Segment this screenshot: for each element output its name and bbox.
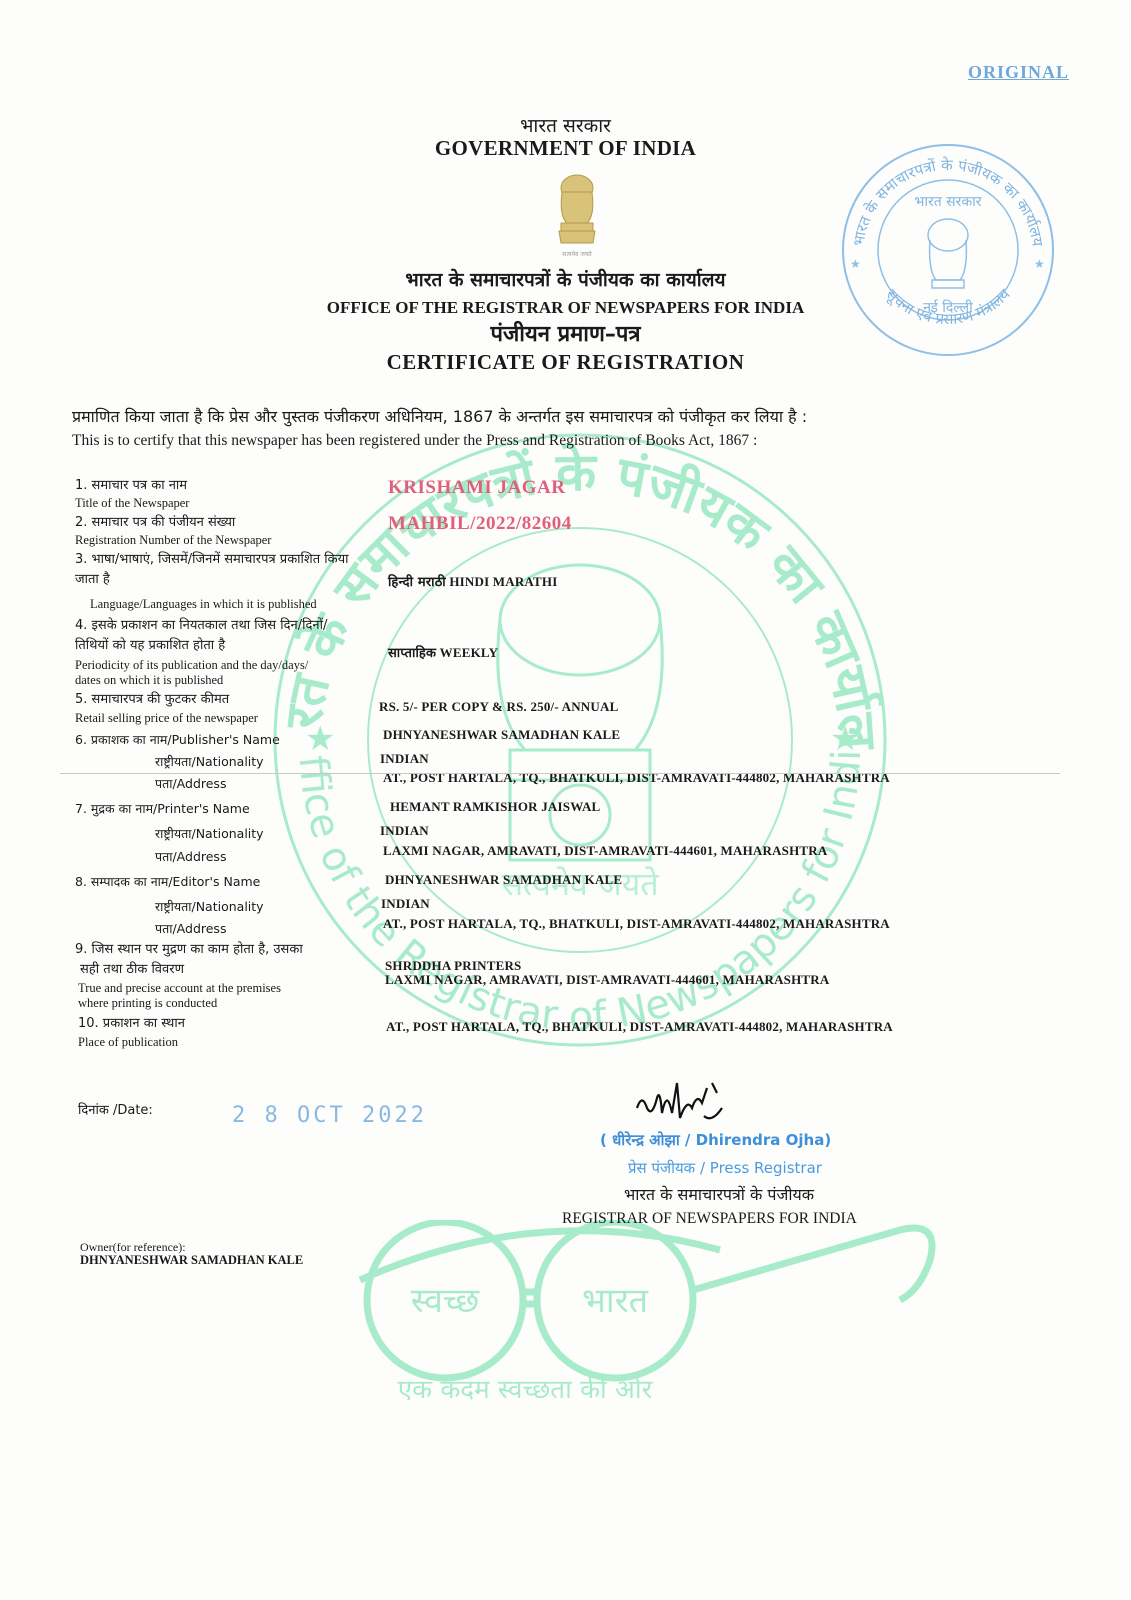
place-of-publication-value: AT., POST HARTALA, TQ., BHATKULI, DIST-A… xyxy=(386,1019,893,1035)
original-stamp: ORIGINAL xyxy=(968,62,1069,83)
office-title: OFFICE OF THE REGISTRAR OF NEWSPAPERS FO… xyxy=(0,298,1131,318)
gov-title: GOVERNMENT OF INDIA xyxy=(0,136,1131,161)
publisher-name-value: DHNYANESHWAR SAMADHAN KALE xyxy=(383,727,620,743)
label-premises-1: True and precise account at the premises xyxy=(78,981,281,996)
printer-name-value: HEMANT RAMKISHOR JAISWAL xyxy=(390,799,600,815)
label-editor-nationality: राष्ट्रीयता/Nationality xyxy=(155,899,264,914)
owner-value: DHNYANESHWAR SAMADHAN KALE xyxy=(80,1253,303,1268)
label-editor: 8. सम्पादक का नाम/Editor's Name xyxy=(75,874,260,889)
label-printer-nationality: राष्ट्रीयता/Nationality xyxy=(155,826,264,841)
periodicity-value-hindi: साप्ताहिक xyxy=(388,646,436,661)
publisher-nationality-value: INDIAN xyxy=(380,751,429,767)
newspaper-title: KRISHAMI JAGAR xyxy=(388,477,565,499)
label-periodicity-hindi-1: 4. इसके प्रकाशन का नियतकाल तथा जिस दिन/द… xyxy=(75,618,327,633)
language-value: HINDI MARATHI xyxy=(449,574,557,589)
label-regno-hindi: 2. समाचार पत्र की पंजीयन संख्या xyxy=(75,515,235,530)
date-label: दिनांक /Date: xyxy=(78,1103,153,1118)
label-language: Language/Languages in which it is publis… xyxy=(90,597,317,612)
label-title: Title of the Newspaper xyxy=(75,496,189,511)
date-stamp: 2 8 OCT 2022 xyxy=(232,1103,427,1128)
registration-number: MAHBIL/2022/82604 xyxy=(388,513,572,535)
national-emblem-icon: सत्यमेव जयते xyxy=(547,168,607,260)
editor-nationality-value: INDIAN xyxy=(381,896,430,912)
svg-text:★: ★ xyxy=(305,721,335,758)
svg-text:★: ★ xyxy=(830,721,860,758)
label-language-hindi-1: 3. भाषा/भाषाएं, जिसमें/जिनमें समाचारपत्र… xyxy=(75,552,349,567)
intro-english: This is to certify that this newspaper h… xyxy=(72,432,757,450)
certificate-title: CERTIFICATE OF REGISTRATION xyxy=(0,350,1131,375)
label-premises-hindi-1: 9. जिस स्थान पर मुद्रण का काम होता है, उ… xyxy=(75,942,303,957)
label-periodicity-2: dates on which it is published xyxy=(75,673,223,688)
periodicity-value: WEEKLY xyxy=(440,645,499,660)
label-periodicity-1: Periodicity of its publication and the d… xyxy=(75,658,308,673)
label-premises-hindi-2: सही तथा ठीक विवरण xyxy=(80,962,184,977)
printer-address-value: LAXMI NAGAR, AMRAVATI, DIST-AMRAVATI-444… xyxy=(383,843,827,859)
label-title-hindi: 1. समाचार पत्र का नाम xyxy=(75,478,187,493)
label-publisher-address: पता/Address xyxy=(155,776,226,791)
signatory-name: ( धीरेन्द्र ओझा / Dhirendra Ojha) xyxy=(600,1130,831,1150)
signatory-title: प्रेस पंजीयक / Press Registrar xyxy=(628,1158,822,1178)
signature-icon xyxy=(632,1078,742,1128)
svg-text:भारत सरकार: भारत सरकार xyxy=(915,194,982,210)
fold-crease xyxy=(60,773,1060,774)
price-value: RS. 5/- PER COPY & RS. 250/- ANNUAL xyxy=(379,699,618,715)
label-price-hindi: 5. समाचारपत्र की फुटकर कीमत xyxy=(75,692,229,707)
label-publisher: 6. प्रकाशक का नाम/Publisher's Name xyxy=(75,732,280,747)
printing-press-address: LAXMI NAGAR, AMRAVATI, DIST-AMRAVATI-444… xyxy=(385,972,829,988)
label-periodicity-hindi-2: तिथियों को यह प्रकाशित होता है xyxy=(75,638,225,653)
swachh-bharat-logo: स्वच्छ भारत एक कदम स्वच्छता की ओर xyxy=(340,1220,940,1420)
label-editor-address: पता/Address xyxy=(155,921,226,936)
label-printer-address: पता/Address xyxy=(155,849,226,864)
label-place-hindi: 10. प्रकाशन का स्थान xyxy=(78,1016,185,1031)
label-premises-2: where printing is conducted xyxy=(78,996,217,1011)
svg-text:स्वच्छ: स्वच्छ xyxy=(411,1281,480,1321)
svg-text:भारत: भारत xyxy=(582,1281,649,1321)
intro-hindi: प्रमाणित किया जाता है कि प्रेस और पुस्तक… xyxy=(72,405,807,427)
label-price: Retail selling price of the newspaper xyxy=(75,711,258,726)
label-language-hindi-2: जाता है xyxy=(75,572,110,587)
label-regno: Registration Number of the Newspaper xyxy=(75,533,271,548)
office-title-hindi: भारत के समाचारपत्रों के पंजीयक का कार्या… xyxy=(0,266,1131,292)
signatory-office-hindi: भारत के समाचारपत्रों के पंजीयक xyxy=(624,1183,814,1205)
editor-name-value: DHNYANESHWAR SAMADHAN KALE xyxy=(385,872,622,888)
language-value-hindi: हिन्दी मराठी xyxy=(388,575,446,590)
printer-nationality-value: INDIAN xyxy=(380,823,429,839)
svg-text:एक कदम स्वच्छता की ओर: एक कदम स्वच्छता की ओर xyxy=(398,1374,654,1405)
gov-title-hindi: भारत सरकार xyxy=(0,112,1131,138)
svg-text:सत्यमेव जयते: सत्यमेव जयते xyxy=(562,250,592,258)
signatory-office: REGISTRAR OF NEWSPAPERS FOR INDIA xyxy=(562,1210,857,1228)
label-place: Place of publication xyxy=(78,1035,178,1050)
label-printer: 7. मुद्रक का नाम/Printer's Name xyxy=(75,801,250,816)
editor-address-value: AT., POST HARTALA, TQ., BHATKULI, DIST-A… xyxy=(383,916,890,932)
certificate-title-hindi: पंजीयन प्रमाण–पत्र xyxy=(0,318,1131,348)
label-publisher-nationality: राष्ट्रीयता/Nationality xyxy=(155,754,264,769)
